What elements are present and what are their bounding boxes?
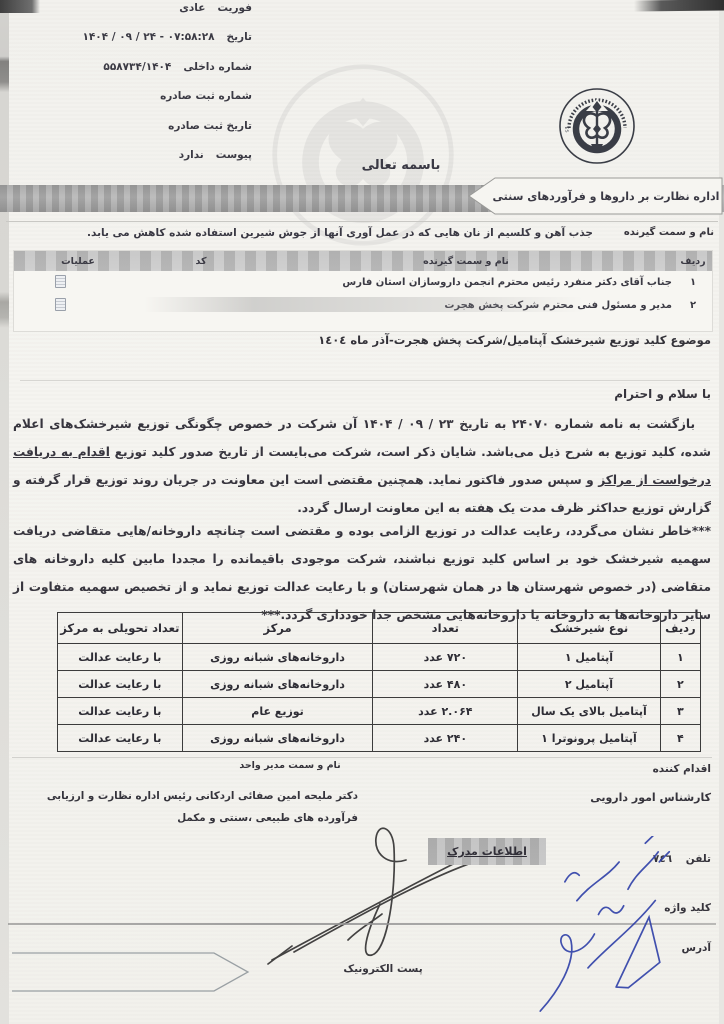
meta-row-priority: فوریت عادی <box>16 2 252 31</box>
internal-number-value: ۵۵۸۷۳۴/۱۴۰۴ <box>103 61 171 73</box>
actor-role: کارشناس امور دارویی <box>590 791 711 804</box>
blue-ink-annotation <box>514 836 694 1022</box>
priority-label: فوریت <box>217 2 252 14</box>
document-meta-block: فوریت عادی تاریخ ۱۴۰۴ / ۰۹ / ۲۴ - ۰۷:۵۸:… <box>16 2 252 178</box>
issued-date-label: تاریخ ثبت صادره <box>168 120 252 132</box>
recipients-header-code: کد <box>142 256 260 267</box>
recipient-section-label: نام و سمت گیرنده <box>624 227 714 238</box>
distribution-header-row: ردیف نوع شیرخشک تعداد مرکز تعداد تحویلی … <box>58 613 701 644</box>
cell-delivered: با رعایت عدالت <box>58 671 183 698</box>
table-row: ۱ آپتامیل ۱ ۷۲۰ عدد داروخانه‌های شبانه ر… <box>58 644 701 671</box>
scanned-letter-page: فوریت عادی تاریخ ۱۴۰۴ / ۰۹ / ۲۴ - ۰۷:۵۸:… <box>0 0 724 1024</box>
recipient-row-name: جناب آقای دکتر منفرد رئیس محترم انجمن دا… <box>260 277 674 288</box>
svg-text:SHIRAZ UNIVERSITY OF MEDICAL S: SHIRAZ UNIVERSITY OF MEDICAL SCIENCES <box>556 82 570 133</box>
distribution-table: ردیف نوع شیرخشک تعداد مرکز تعداد تحویلی … <box>57 612 701 752</box>
table-row: ۳ آپتامیل بالای یک سال ۲.۰۶۴ عدد توزیع ع… <box>58 698 701 725</box>
scan-edge-left <box>0 0 9 1024</box>
date-value: ۱۴۰۴ / ۰۹ / ۲۴ - ۰۷:۵۸:۲۸ <box>82 31 214 43</box>
dist-header-delivered: تعداد تحویلی به مرکز <box>58 613 183 644</box>
body-paragraph-1: بازگشت به نامه شماره ۲۴۰۷۰ به تاریخ ۲۳ /… <box>13 411 711 522</box>
cell-delivered: با رعایت عدالت <box>58 698 183 725</box>
cell-type: آپتامیل پرونوترا ۱ <box>518 725 661 752</box>
meta-row-attachment: پیوست ندارد <box>16 149 252 178</box>
issued-number-label: شماره ثبت صادره <box>160 90 252 102</box>
cell-count: ۴۸۰ عدد <box>373 671 518 698</box>
actor-label: اقدام کننده <box>653 763 711 775</box>
cell-center: داروخانه‌های شبانه روزی <box>182 644 373 671</box>
scan-edge-right <box>719 0 724 1024</box>
cell-type: آپتامیل ۱ <box>518 644 661 671</box>
bismillah-text: باسمه تعالی <box>336 158 466 173</box>
divider-under-banner <box>6 221 718 222</box>
department-banner-label: اداره نظارت بر داروها و فرآوردهای سنتی <box>492 176 720 216</box>
meta-row-date: تاریخ ۱۴۰۴ / ۰۹ / ۲۴ - ۰۷:۵۸:۲۸ <box>16 31 252 60</box>
document-action-icon <box>55 275 66 288</box>
dist-header-radif: ردیف <box>660 613 700 644</box>
recipients-header-name: نام و سمت گیرنده <box>260 256 674 267</box>
handwritten-signature <box>248 808 520 970</box>
cell-type: آپتامیل بالای یک سال <box>518 698 661 725</box>
cell-count: ۲.۰۶۴ عدد <box>373 698 518 725</box>
bottom-arrow-banner <box>12 948 254 996</box>
letter-subject: موضوع کلید توزیع شیرخشک آپتامیل/شرکت پخش… <box>318 333 711 347</box>
attachment-value: ندارد <box>179 149 204 161</box>
cell-type: آپتامیل ۲ <box>518 671 661 698</box>
recipients-table-header: ردیف نام و سمت گیرنده کد عملیات <box>14 251 712 271</box>
health-slogan: جذب آهن و کلسیم از نان هایی که در عمل آو… <box>60 227 620 239</box>
table-row: ۴ آپتامیل پرونوترا ۱ ۲۴۰ عدد داروخانه‌ها… <box>58 725 701 752</box>
recipient-row: ۱ جناب آقای دکتر منفرد رئیس محترم انجمن … <box>14 271 712 294</box>
scan-streak <box>144 297 584 312</box>
divider-signoff <box>12 757 712 758</box>
table-row: ۲ آپتامیل ۲ ۴۸۰ عدد داروخانه‌های شبانه ر… <box>58 671 701 698</box>
recipient-row: ۲ مدیر و مسئول فنی محترم شرکت پخش هجرت <box>14 294 712 317</box>
cell-center: توزیع عام <box>182 698 373 725</box>
email-label: پست الکترونیک <box>318 963 448 975</box>
dist-header-count: تعداد <box>373 613 518 644</box>
document-action-icon <box>55 298 66 311</box>
cell-radif: ۱ <box>660 644 700 671</box>
meta-row-issued-number: شماره ثبت صادره <box>16 90 252 119</box>
recipients-table: ردیف نام و سمت گیرنده کد عملیات ۱ جناب آ… <box>13 250 713 332</box>
recipients-header-radif: ردیف <box>674 256 712 267</box>
cell-center: داروخانه‌های شبانه روزی <box>182 725 373 752</box>
department-banner: اداره نظارت بر داروها و فرآوردهای سنتی <box>466 176 724 216</box>
meta-row-internal-number: شماره داخلی ۵۵۸۷۳۴/۱۴۰۴ <box>16 61 252 90</box>
recipients-header-operations: عملیات <box>14 256 142 267</box>
dist-header-type: نوع شیرخشک <box>518 613 661 644</box>
recipient-row-number: ۲ <box>674 300 712 311</box>
cell-radif: ۴ <box>660 725 700 752</box>
salutation: با سلام و احترام <box>614 387 711 401</box>
cell-center: داروخانه‌های شبانه روزی <box>182 671 373 698</box>
cell-delivered: با رعایت عدالت <box>58 725 183 752</box>
divider-above-salutation <box>20 380 710 381</box>
date-label: تاریخ <box>227 31 252 43</box>
attachment-label: پیوست <box>216 149 252 161</box>
paragraph-text: بازگشت به نامه شماره ۲۴۰۷۰ به تاریخ ۲۳ /… <box>13 417 711 459</box>
internal-number-label: شماره داخلی <box>183 61 252 73</box>
cell-radif: ۳ <box>660 698 700 725</box>
university-logo-icon: SHIRAZ UNIVERSITY OF MEDICAL SCIENCES <box>556 82 638 170</box>
cell-delivered: با رعایت عدالت <box>58 644 183 671</box>
cell-radif: ۲ <box>660 671 700 698</box>
dist-header-center: مرکز <box>182 613 373 644</box>
meta-row-issued-date: تاریخ ثبت صادره <box>16 120 252 149</box>
cell-count: ۲۴۰ عدد <box>373 725 518 752</box>
manager-label: نام و سمت مدیر واحد <box>222 760 358 771</box>
scan-artifact-top-right <box>634 0 724 11</box>
cell-count: ۷۲۰ عدد <box>373 644 518 671</box>
priority-value: عادی <box>179 2 205 14</box>
recipient-row-number: ۱ <box>674 277 712 288</box>
